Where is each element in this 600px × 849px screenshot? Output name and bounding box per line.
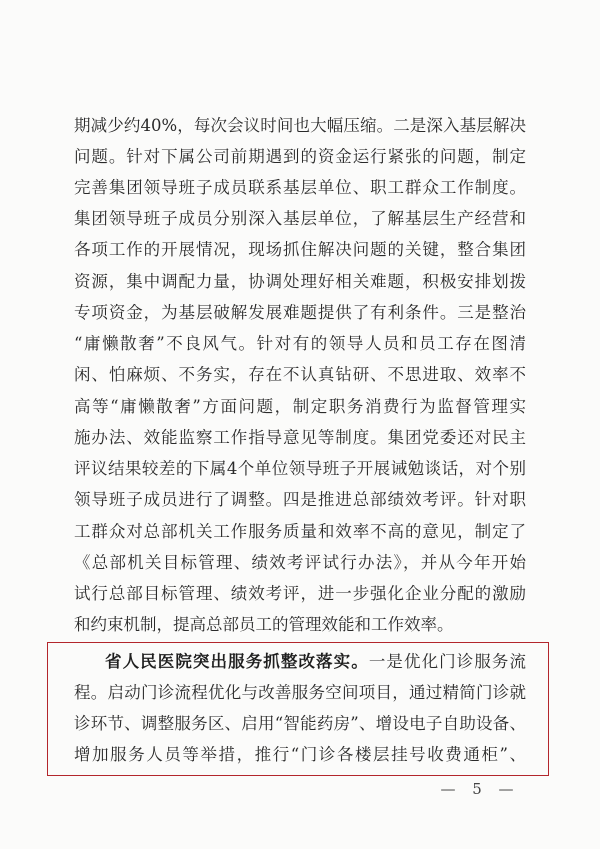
- text-line: 增加服务人员等举措，推行“门诊各楼层挂号收费通柜”、: [74, 743, 526, 767]
- document-page: 期减少约40%，每次会议时间也大幅压缩。二是深入基层解决 问题。针对下属公司前期…: [0, 0, 600, 849]
- text-line: 领导班子成员进行了调整。四是推进总部绩效考评。针对职: [74, 488, 526, 512]
- section-heading-rest: 一是优化门诊服务流: [369, 652, 526, 671]
- section-heading-bold: 省人民医院突出服务抓整改落实。: [105, 652, 369, 671]
- text-line: 施办法、效能监察工作指导意见等制度。集团党委还对民主: [74, 426, 526, 450]
- text-line: 各项工作的开展情况，现场抓住解决问题的关键，整合集团: [74, 238, 526, 262]
- text-line: 集团领导班子成员分别深入基层单位，了解基层生产经营和: [74, 207, 526, 231]
- text-line: 问题。针对下属公司前期遇到的资金运行紧张的问题，制定: [74, 145, 526, 169]
- text-line: 专项资金，为基层破解发展难题提供了有利条件。三是整治: [74, 301, 526, 325]
- text-line: 高等“庸懒散奢”方面问题，制定职务消费行为监督管理实: [74, 395, 526, 419]
- text-line: 评议结果较差的下属4个单位领导班子开展诫勉谈话，对个别: [74, 457, 526, 481]
- text-line: “庸懒散奢”不良风气。针对有的领导人员和员工存在图清: [74, 332, 526, 356]
- text-line: 程。启动门诊流程优化与改善服务空间项目，通过精简门诊就: [74, 681, 526, 705]
- text-line: 闲、怕麻烦、不务实，存在不认真钻研、不思进取、效率不: [74, 363, 526, 387]
- text-line: 工群众对总部机关工作服务质量和效率不高的意见，制定了: [74, 520, 526, 544]
- page-number: — 5 —: [440, 780, 520, 798]
- text-line: 和约束机制，提高总部员工的管理效能和工作效率。: [74, 613, 526, 637]
- text-line: 资源，集中调配力量，协调处理好相关难题，积极安排划拨: [74, 270, 526, 294]
- text-line: 《总部机关目标管理、绩效考评试行办法》，并从今年开始: [74, 551, 526, 575]
- text-line: 完善集团领导班子成员联系基层单位、职工群众工作制度。: [74, 176, 526, 200]
- text-line: 试行总部目标管理、绩效考评，进一步强化企业分配的激励: [74, 582, 526, 606]
- text-line: 诊环节、调整服务区、启用“智能药房”、增设电子自助设备、: [74, 712, 526, 736]
- section-heading-line: 省人民医院突出服务抓整改落实。一是优化门诊服务流: [105, 650, 526, 674]
- text-line: 期减少约40%，每次会议时间也大幅压缩。二是深入基层解决: [74, 114, 526, 138]
